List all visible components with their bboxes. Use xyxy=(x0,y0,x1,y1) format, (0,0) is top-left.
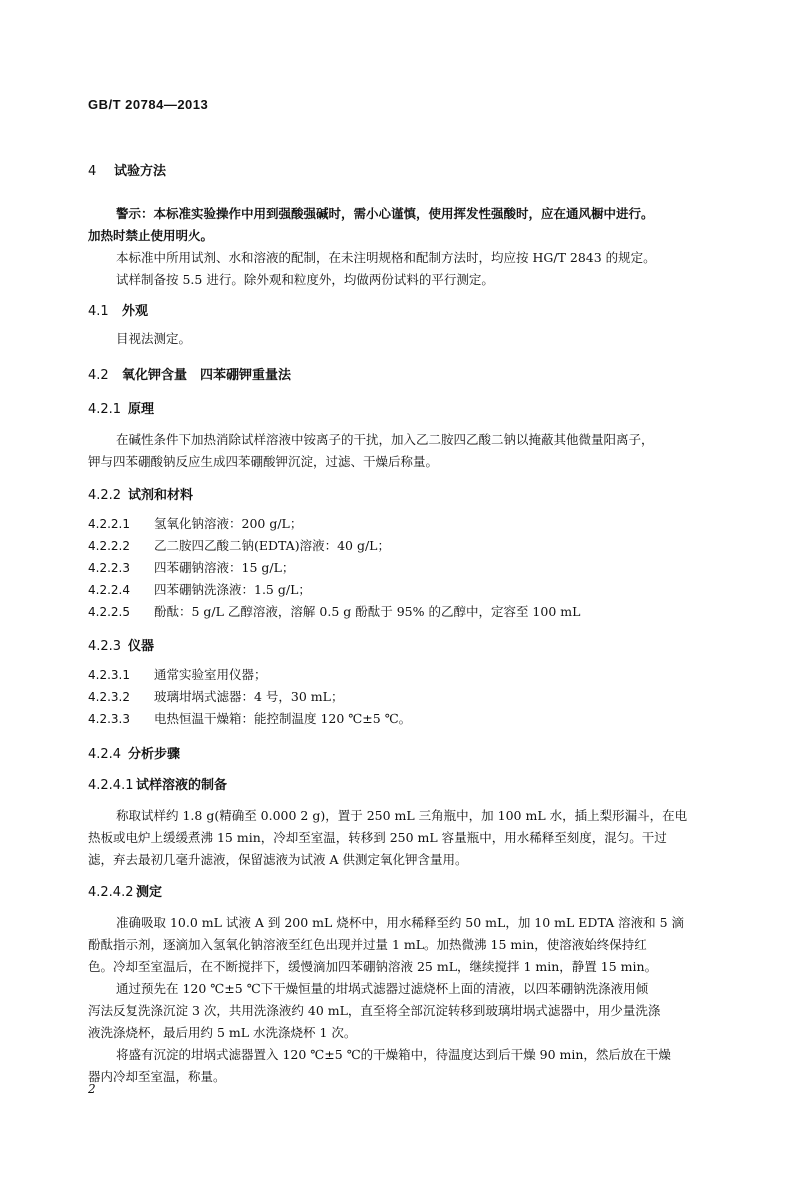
item-number: 4.2.3.1 xyxy=(88,668,154,682)
principle-line-1: 在碱性条件下加热消除试样溶液中铵离子的干扰，加入乙二胺四乙酸二钠以掩蔽其他微量阳… xyxy=(116,429,758,451)
determination-p1-line-2: 酚酞指示剂，逐滴加入氢氧化钠溶液至红色出现并过量 1 mL。加热微沸 15 mi… xyxy=(88,934,730,956)
section-4-1-heading: 4.1外观 xyxy=(88,300,148,319)
item-text: 通常实验室用仪器； xyxy=(154,667,267,682)
item-text: 氢氧化钠溶液：200 g/L； xyxy=(154,516,302,531)
determination-p2-line-3: 液洗涤烧杯，最后用约 5 mL 水洗涤烧杯 1 次。 xyxy=(88,1022,730,1044)
section-4-2-4-heading: 4.2.4分析步骤 xyxy=(88,743,180,762)
item-number: 4.2.2.1 xyxy=(88,517,154,531)
section-number: 4.1 xyxy=(88,304,122,319)
reagent-item: 4.2.2.3四苯硼钠溶液：15 g/L； xyxy=(88,558,294,576)
standard-number: GB/T 20784—2013 xyxy=(88,97,208,112)
item-text: 四苯硼钠溶液：15 g/L； xyxy=(154,560,294,575)
section-4-2-4-2-heading: 4.2.4.2测定 xyxy=(88,881,162,900)
item-text: 四苯硼钠洗涤液：1.5 g/L； xyxy=(154,582,311,597)
determination-p2-line-1: 通过预先在 120 ℃±5 ℃下干燥恒量的坩埚式滤器过滤烧杯上面的清液，以四苯硼… xyxy=(116,978,758,1000)
item-text: 玻璃坩埚式滤器：4 号，30 mL； xyxy=(154,689,343,704)
principle-line-2: 钾与四苯硼酸钠反应生成四苯硼酸钾沉淀，过滤、干燥后称量。 xyxy=(88,451,730,473)
determination-p2-line-2: 泻法反复洗涤沉淀 3 次，共用洗涤液约 40 mL，直至将全部沉淀转移到玻璃坩埚… xyxy=(88,1000,730,1022)
section-4-2-3-heading: 4.2.3仪器 xyxy=(88,635,154,654)
item-number: 4.2.2.3 xyxy=(88,561,154,575)
preparation-line-1: 称取试样约 1.8 g(精确至 0.000 2 g)，置于 250 mL 三角瓶… xyxy=(116,805,758,827)
section-number: 4.2 xyxy=(88,368,122,383)
section-number: 4.2.2 xyxy=(88,488,128,503)
section-number: 4.2.3 xyxy=(88,639,128,654)
intro-paragraph-2: 试样制备按 5.5 进行。除外观和粒度外，均做两份试料的平行测定。 xyxy=(116,269,758,291)
item-number: 4.2.2.4 xyxy=(88,583,154,597)
determination-p3-line-2: 器内冷却至室温，称量。 xyxy=(88,1066,730,1088)
item-number: 4.2.2.5 xyxy=(88,605,154,619)
warning-line-1: 警示：本标准实验操作中用到强酸强碱时，需小心谨慎，使用挥发性强酸时，应在通风橱中… xyxy=(116,203,758,225)
preparation-line-2: 热板或电炉上缓缓煮沸 15 min，冷却至室温，转移到 250 mL 容量瓶中，… xyxy=(88,827,730,849)
item-number: 4.2.2.2 xyxy=(88,539,154,553)
section-title: 氧化钾含量 四苯硼钾重量法 xyxy=(122,368,291,383)
reagent-item: 4.2.2.2乙二胺四乙酸二钠(EDTA)溶液：40 g/L； xyxy=(88,536,390,554)
preparation-line-3: 滤，弃去最初几毫升滤液，保留滤液为试液 A 供测定氧化钾含量用。 xyxy=(88,849,730,871)
section-number: 4 xyxy=(88,164,114,179)
apparatus-item: 4.2.3.2玻璃坩埚式滤器：4 号，30 mL； xyxy=(88,687,343,705)
section-4-2-heading: 4.2氧化钾含量 四苯硼钾重量法 xyxy=(88,364,291,383)
section-4-heading: 4试验方法 xyxy=(88,160,166,179)
section-4-2-2-heading: 4.2.2试剂和材料 xyxy=(88,484,193,503)
determination-p1-line-1: 准确吸取 10.0 mL 试液 A 到 200 mL 烧杯中，用水稀释至约 50… xyxy=(116,912,758,934)
section-title: 原理 xyxy=(128,402,154,417)
warning-line-2: 加热时禁止使用明火。 xyxy=(88,225,730,247)
section-title: 试验方法 xyxy=(114,164,166,179)
section-4-2-1-heading: 4.2.1原理 xyxy=(88,398,154,417)
section-title: 仪器 xyxy=(128,639,154,654)
section-number: 4.2.4.1 xyxy=(88,778,136,793)
item-text: 酚酞：5 g/L 乙醇溶液，溶解 0.5 g 酚酞于 95% 的乙醇中，定容至 … xyxy=(154,604,580,619)
apparatus-item: 4.2.3.3电热恒温干燥箱：能控制温度 120 ℃±5 ℃。 xyxy=(88,709,411,727)
reagent-item: 4.2.2.5酚酞：5 g/L 乙醇溶液，溶解 0.5 g 酚酞于 95% 的乙… xyxy=(88,602,580,620)
reagent-item: 4.2.2.1氢氧化钠溶液：200 g/L； xyxy=(88,514,302,532)
determination-p1-line-3: 色。冷却至室温后，在不断搅拌下，缓慢滴加四苯硼钠溶液 25 mL，继续搅拌 1 … xyxy=(88,956,730,978)
section-title: 试剂和材料 xyxy=(128,488,193,503)
section-title: 测定 xyxy=(136,885,162,900)
section-title: 试样溶液的制备 xyxy=(136,778,227,793)
item-text: 电热恒温干燥箱：能控制温度 120 ℃±5 ℃。 xyxy=(154,711,411,726)
intro-paragraph-1: 本标准中所用试剂、水和溶液的配制，在未注明规格和配制方法时，均应按 HG/T 2… xyxy=(116,247,758,269)
reagent-item: 4.2.2.4四苯硼钠洗涤液：1.5 g/L； xyxy=(88,580,311,598)
item-text: 乙二胺四乙酸二钠(EDTA)溶液：40 g/L； xyxy=(154,538,390,553)
determination-p3-line-1: 将盛有沉淀的坩埚式滤器置入 120 ℃±5 ℃的干燥箱中，待温度达到后干燥 90… xyxy=(116,1044,758,1066)
appearance-text: 目视法测定。 xyxy=(116,328,758,350)
section-number: 4.2.4.2 xyxy=(88,885,136,900)
section-number: 4.2.1 xyxy=(88,402,128,417)
item-number: 4.2.3.3 xyxy=(88,712,154,726)
section-title: 外观 xyxy=(122,304,148,319)
apparatus-item: 4.2.3.1通常实验室用仪器； xyxy=(88,665,267,683)
item-number: 4.2.3.2 xyxy=(88,690,154,704)
page-number: 2 xyxy=(88,1082,96,1096)
section-4-2-4-1-heading: 4.2.4.1试样溶液的制备 xyxy=(88,774,227,793)
section-title: 分析步骤 xyxy=(128,747,180,762)
section-number: 4.2.4 xyxy=(88,747,128,762)
